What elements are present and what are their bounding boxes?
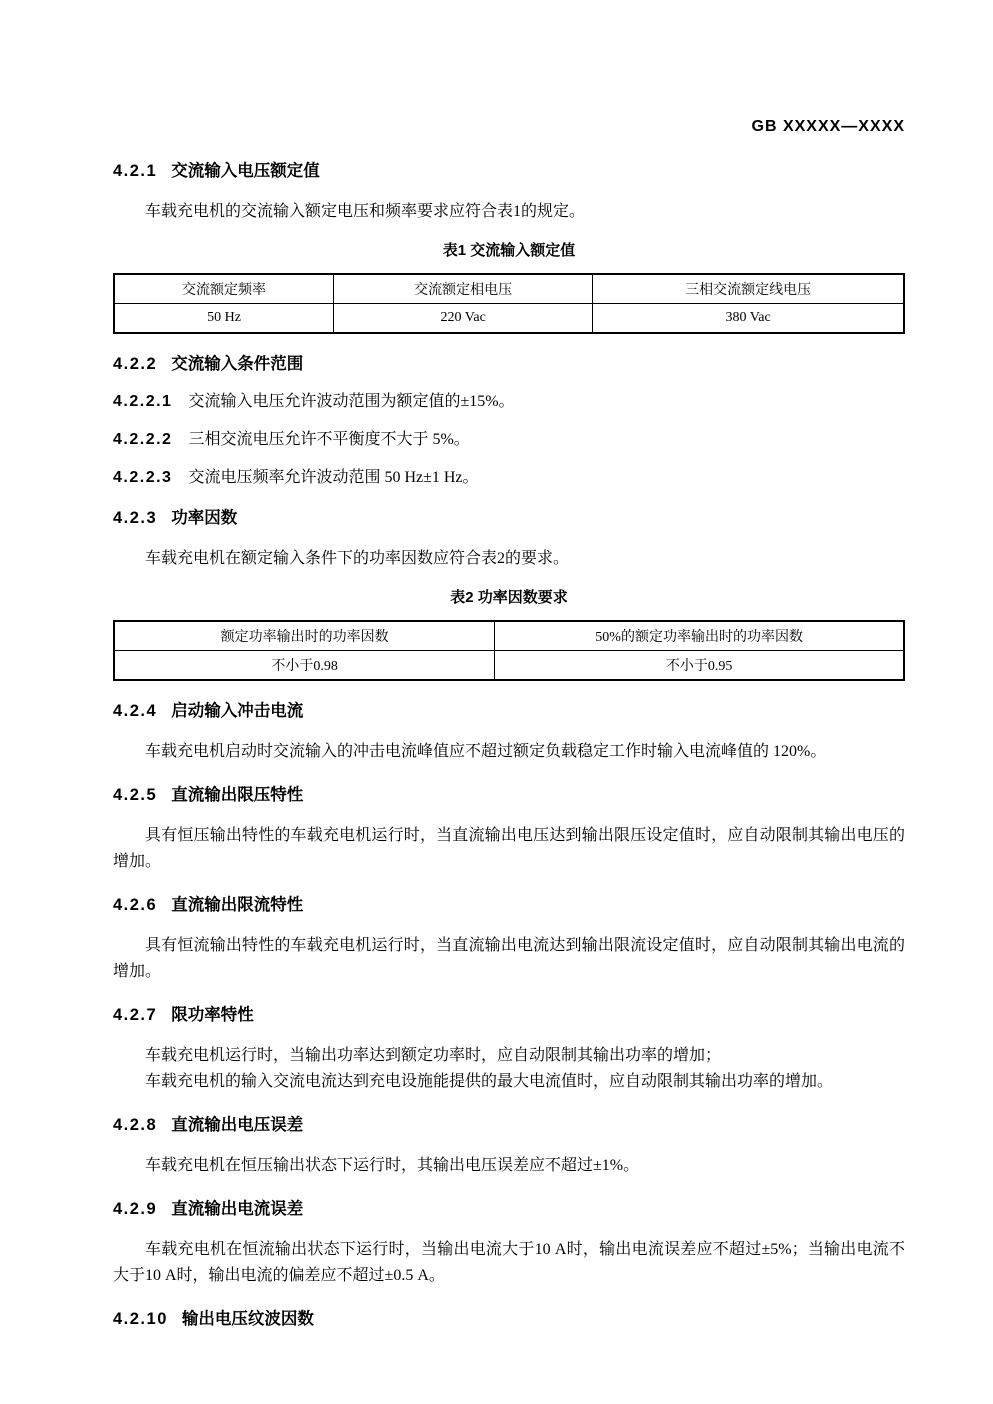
section-title: 直流输出电压误差	[171, 1116, 303, 1134]
section-title: 直流输出限压特性	[171, 786, 303, 804]
paragraph: 车载充电机在恒压输出状态下运行时，其输出电压误差应不超过±1%。	[113, 1153, 905, 1179]
table-cell: 不小于0.95	[495, 651, 904, 681]
table1: 交流额定频率 交流额定相电压 三相交流额定线电压 50 Hz 220 Vac 3…	[113, 273, 905, 334]
section-number: 4.2.7	[113, 1005, 157, 1025]
clause-4-2-2-2: 4.2.2.2三相交流电压允许不平衡度不大于 5%。	[113, 430, 905, 450]
section-heading-4-2-1: 4.2.1交流输入电压额定值	[113, 161, 905, 181]
table-cell: 不小于0.98	[114, 651, 495, 681]
section-heading-4-2-2: 4.2.2交流输入条件范围	[113, 354, 905, 374]
section-heading-4-2-8: 4.2.8直流输出电压误差	[113, 1115, 905, 1135]
clause-text: 交流输入电压允许波动范围为额定值的±15%。	[188, 393, 514, 410]
section-heading-4-2-4: 4.2.4启动输入冲击电流	[113, 701, 905, 721]
section-heading-4-2-10: 4.2.10输出电压纹波因数	[113, 1309, 905, 1329]
table-header-cell: 额定功率输出时的功率因数	[114, 621, 495, 651]
table-header-cell: 交流额定频率	[114, 274, 334, 304]
paragraph: 车载充电机的输入交流电流达到充电设施能提供的最大电流值时，应自动限制其输出功率的…	[113, 1069, 905, 1095]
paragraph: 车载充电机启动时交流输入的冲击电流峰值应不超过额定负载稳定工作时输入电流峰值的 …	[113, 739, 905, 765]
clause-number: 4.2.2.2	[113, 430, 172, 450]
section-heading-4-2-9: 4.2.9直流输出电流误差	[113, 1199, 905, 1219]
section-title: 启动输入冲击电流	[171, 702, 303, 720]
paragraph: 车载充电机在额定输入条件下的功率因数应符合表2的要求。	[113, 546, 905, 572]
section-title: 直流输出限流特性	[171, 896, 303, 914]
section-title: 交流输入条件范围	[171, 355, 303, 373]
section-number: 4.2.2	[113, 354, 157, 374]
clause-number: 4.2.2.3	[113, 468, 172, 488]
table-row: 不小于0.98 不小于0.95	[114, 651, 904, 681]
clause-4-2-2-1: 4.2.2.1交流输入电压允许波动范围为额定值的±15%。	[113, 392, 905, 412]
section-heading-4-2-7: 4.2.7限功率特性	[113, 1005, 905, 1025]
table2: 额定功率输出时的功率因数 50%的额定功率输出时的功率因数 不小于0.98 不小…	[113, 620, 905, 681]
section-number: 4.2.8	[113, 1115, 157, 1135]
section-number: 4.2.9	[113, 1199, 157, 1219]
table-row: 50 Hz 220 Vac 380 Vac	[114, 304, 904, 334]
table-header-cell: 交流额定相电压	[334, 274, 593, 304]
section-title: 输出电压纹波因数	[182, 1310, 314, 1328]
paragraph: 车载充电机运行时，当输出功率达到额定功率时，应自动限制其输出功率的增加；	[113, 1043, 905, 1069]
doc-number: GB XXXXX—XXXX	[113, 118, 905, 136]
table-header-cell: 三相交流额定线电压	[593, 274, 904, 304]
paragraph: 车载充电机的交流输入额定电压和频率要求应符合表1的规定。	[113, 199, 905, 225]
table-header-cell: 50%的额定功率输出时的功率因数	[495, 621, 904, 651]
paragraph: 具有恒压输出特性的车载充电机运行时，当直流输出电压达到输出限压设定值时，应自动限…	[113, 823, 905, 875]
section-title: 限功率特性	[171, 1006, 254, 1024]
clause-text: 交流电压频率允许波动范围 50 Hz±1 Hz。	[188, 469, 478, 486]
section-number: 4.2.5	[113, 785, 157, 805]
section-title: 直流输出电流误差	[171, 1200, 303, 1218]
section-number: 4.2.3	[113, 508, 157, 528]
section-heading-4-2-5: 4.2.5直流输出限压特性	[113, 785, 905, 805]
table2-header-row: 额定功率输出时的功率因数 50%的额定功率输出时的功率因数	[114, 621, 904, 651]
section-heading-4-2-3: 4.2.3功率因数	[113, 508, 905, 528]
section-title: 交流输入电压额定值	[171, 162, 320, 180]
table1-caption: 表1 交流输入额定值	[113, 241, 905, 261]
section-heading-4-2-6: 4.2.6直流输出限流特性	[113, 895, 905, 915]
section-number: 4.2.1	[113, 161, 157, 181]
table1-header-row: 交流额定频率 交流额定相电压 三相交流额定线电压	[114, 274, 904, 304]
section-number: 4.2.6	[113, 895, 157, 915]
clause-4-2-2-3: 4.2.2.3交流电压频率允许波动范围 50 Hz±1 Hz。	[113, 468, 905, 488]
table-cell: 380 Vac	[593, 304, 904, 334]
section-title: 功率因数	[171, 509, 237, 527]
clause-text: 三相交流电压允许不平衡度不大于 5%。	[188, 431, 469, 448]
section-number: 4.2.4	[113, 701, 157, 721]
clause-number: 4.2.2.1	[113, 392, 172, 412]
table2-caption: 表2 功率因数要求	[113, 588, 905, 608]
document-page: GB XXXXX—XXXX 4.2.1交流输入电压额定值 车载充电机的交流输入额…	[0, 0, 993, 1404]
section-number: 4.2.10	[113, 1309, 168, 1329]
paragraph: 车载充电机在恒流输出状态下运行时，当输出电流大于10 A时，输出电流误差应不超过…	[113, 1237, 905, 1289]
table-cell: 50 Hz	[114, 304, 334, 334]
table-cell: 220 Vac	[334, 304, 593, 334]
paragraph: 具有恒流输出特性的车载充电机运行时，当直流输出电流达到输出限流设定值时，应自动限…	[113, 933, 905, 985]
